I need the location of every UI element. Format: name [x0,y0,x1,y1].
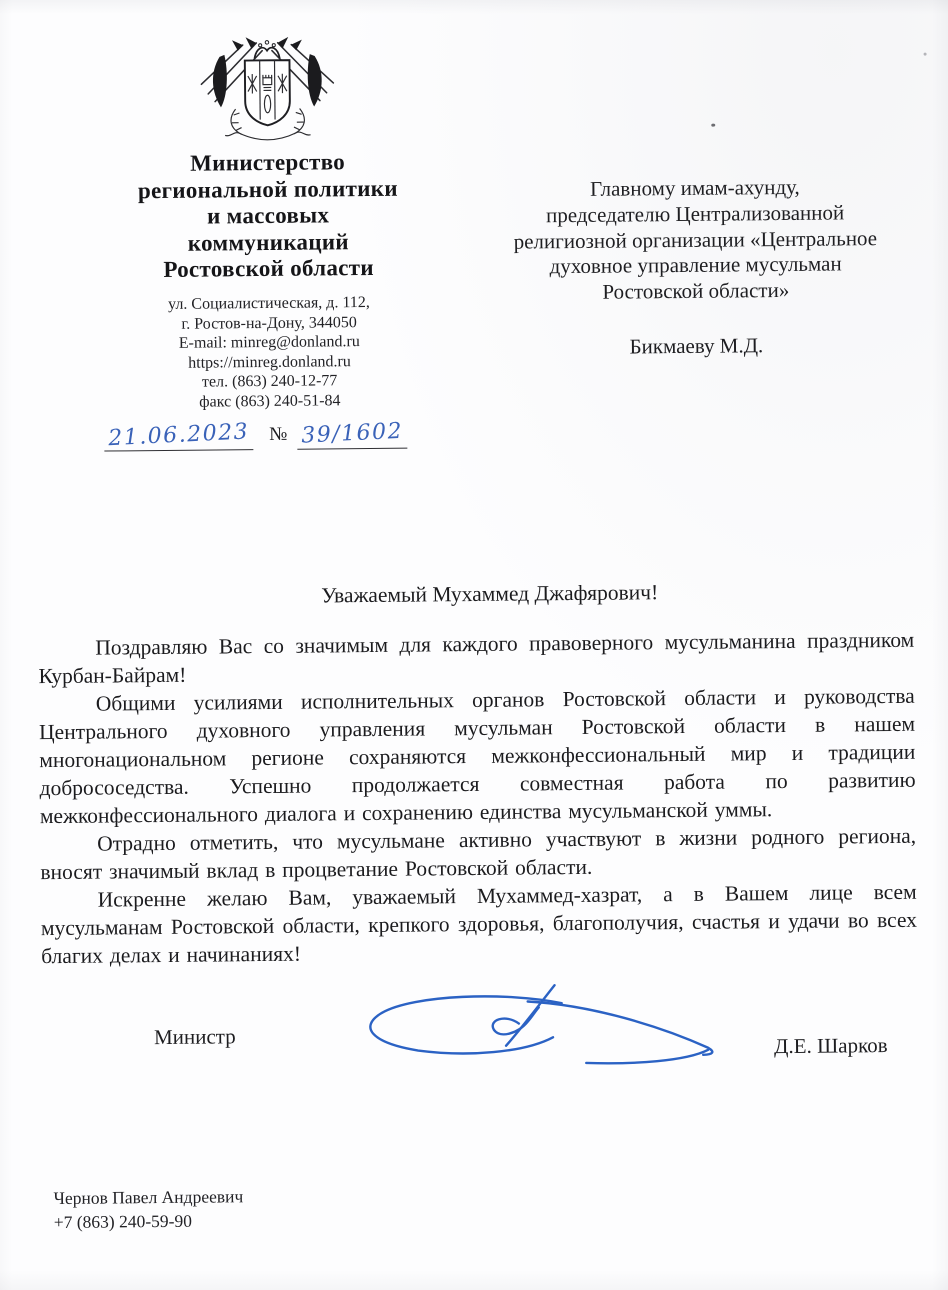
outgoing-date-field: 21.06.2023 [104,422,253,451]
ministry-name-line: и массовых [78,201,458,231]
body-paragraph: Общими усилиями исполнительных органов Р… [39,682,916,830]
ministry-address-block: ул. Социалистическая, д. 112, г. Ростов-… [79,292,460,413]
executor-name: Чернов Павел Андреевич [53,1184,243,1210]
signer-name: Д.Е. Шарков [774,1033,888,1059]
outgoing-number-field: 39/1602 [297,421,407,450]
handwritten-number: 39/1602 [301,419,404,449]
ministry-name-line: Ростовской области [79,254,459,284]
ministry-name-line: региональной политики [78,175,458,205]
executor-phone: +7 (863) 240-59-90 [54,1208,244,1234]
date-number-row: 21.06.2023№39/1602 [104,420,434,451]
body-paragraph: Поздравляю Вас со значимым для каждого п… [38,626,914,690]
addressee-line: Ростовской области» [475,277,917,307]
addressee-line: религиозной организации «Центральное [474,225,916,255]
addressee-block: Главному имам-ахунду, председателю Центр… [474,174,918,362]
salutation: Уважаемый Мухаммед Джафярович! [38,576,914,612]
ministry-name: Министерство региональной политики и мас… [77,148,458,284]
scanned-letter-page: { "letterhead": { "ministry_name_lines":… [0,0,948,1290]
executor-block: Чернов Павел Андреевич +7 (863) 240-59-9… [53,1184,243,1234]
coat-of-arms-icon [184,31,350,147]
ministry-name-line: Министерство [77,148,457,178]
handwritten-date: 21.06.2023 [108,419,250,451]
signature-autograph-icon [356,981,781,1079]
body-paragraph: Отрадно отметить, что мусульмане активно… [40,822,916,886]
scan-speck [711,124,715,127]
signer-position: Министр [154,1024,236,1050]
addressee-name: Бикмаеву М.Д. [475,332,917,362]
ministry-name-line: коммуникаций [78,228,458,258]
letter-sheet: Министерство региональной политики и мас… [0,0,948,1290]
scan-speck [924,53,927,56]
address-line-fax: факс (863) 240-51-84 [80,390,460,413]
body-paragraph: Искренне желаю Вам, уважаемый Мухаммед-х… [41,878,918,970]
number-sign-label: № [269,424,287,446]
letter-body: Уважаемый Мухаммед Джафярович! Поздравля… [38,576,918,970]
